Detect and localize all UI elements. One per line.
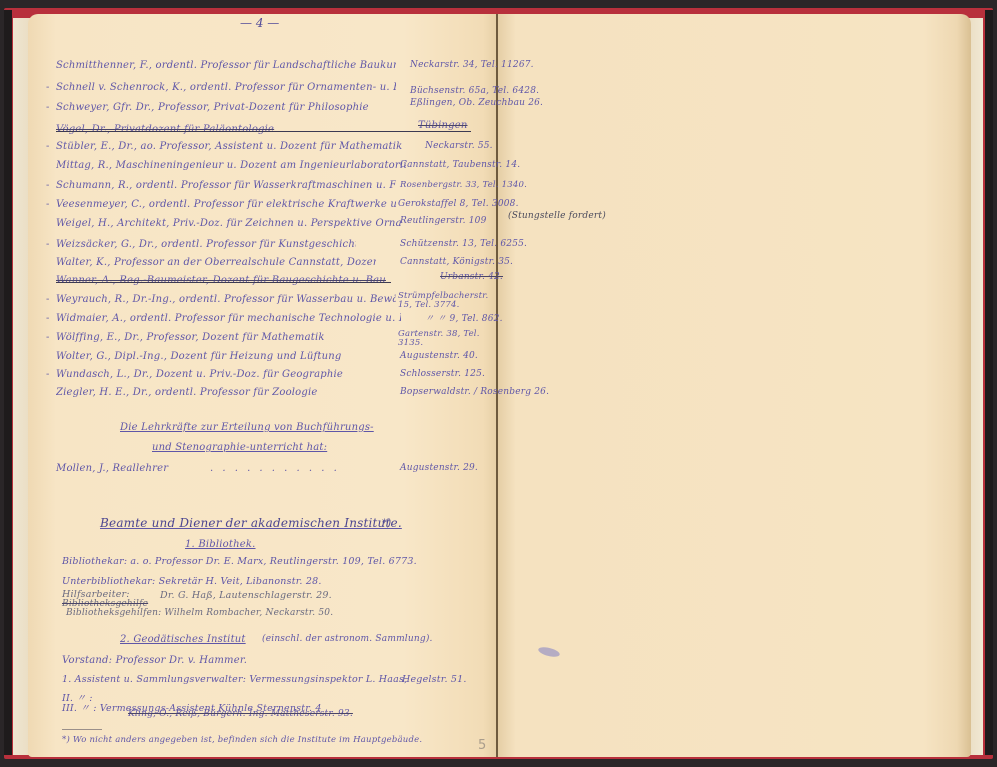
page-number-bottom: 5: [478, 738, 486, 753]
entry-name: Mollen, J., Reallehrer: [56, 463, 168, 474]
staff-line: Unterbibliothekar: Sekretär H. Veit, Lib…: [62, 576, 322, 587]
page-number-top: — 4 —: [240, 16, 279, 30]
staff-line: Bibliotheksgehilfen: Wilhelm Rombacher, …: [66, 608, 333, 618]
dash-mark: -: [46, 369, 49, 380]
entry-address: Gerokstaffel 8, Tel. 3008.: [398, 199, 519, 209]
footnote: *) Wo nicht anders angegeben ist, befind…: [62, 735, 422, 745]
book-spine-edge-left: [4, 10, 12, 755]
dash-mark: -: [46, 294, 49, 305]
dash-mark: -: [46, 313, 49, 324]
entry-name: Wölffing, E., Dr., Professor, Dozent für…: [56, 332, 366, 343]
entry-address: Büchsenstr. 65a, Tel. 6428.: [410, 86, 539, 96]
entry-name: Schnell v. Schenrock, K., ordentl. Profe…: [56, 82, 396, 93]
entry-address: Augustenstr. 29.: [400, 463, 478, 473]
entry-address-struck: Tübingen: [418, 120, 468, 131]
right-page: [497, 14, 971, 757]
subsection-note: (einschl. der astronom. Sammlung).: [262, 634, 433, 644]
subsection-title: 2. Geodätisches Institut: [120, 634, 246, 645]
entry-name: Ziegler, H. E., Dr., ordentl. Professor …: [56, 387, 346, 398]
section-heading: Beamte und Diener der akademischen Insti…: [100, 516, 402, 530]
section-heading-line2: und Stenographie-unterricht hat:: [152, 442, 327, 453]
entry-name: Veesenmeyer, C., ordentl. Professor für …: [56, 199, 396, 210]
margin-annotation: (Stungstelle fordert): [508, 211, 606, 221]
entry-address: Eßlingen, Ob. Zeuchbau 26.: [410, 98, 543, 108]
entry-name: Schumann, R., ordentl. Professor für Was…: [56, 180, 396, 191]
entry-name: Schmitthenner, F., ordentl. Professor fü…: [56, 60, 396, 71]
book-spine-edge-right: [985, 10, 993, 755]
entry-address: Reutlingerstr. 109: [400, 216, 487, 226]
entry-address: Augustenstr. 40.: [400, 351, 478, 361]
staff-address: Hegelstr. 51.: [402, 674, 467, 685]
entry-name: Wolter, G., Dipl.-Ing., Dozent für Heizu…: [56, 351, 356, 362]
entry-name-struck: Vögel, Dr., Privatdozent für Paläontolog…: [56, 124, 336, 135]
staff-line-struck: Kling, O., Reiß, Bürgerh.-Ing. Mattheser…: [128, 709, 353, 719]
entry-name: Weigel, H., Architekt, Priv.-Doz. für Ze…: [56, 218, 401, 229]
staff-line: 1. Assistent u. Sammlungsverwalter: Verm…: [62, 674, 407, 685]
dash-mark: -: [46, 239, 49, 250]
entry-address: Rosenbergstr. 33, Tel. 1340.: [400, 180, 527, 190]
entry-name: Weyrauch, R., Dr.-Ing., ordentl. Profess…: [56, 294, 396, 305]
staff-line: Dr. G. Haß, Lautenschlagerstr. 29.: [160, 590, 332, 601]
entry-address: Cannstatt, Taubenstr. 14.: [400, 160, 520, 170]
section-heading-line1: Die Lehrkräfte zur Erteilung von Buchfüh…: [120, 422, 374, 433]
book-gutter: [496, 14, 498, 757]
entry-address: Bopserwaldstr. / Rosenberg 26.: [400, 387, 549, 397]
entry-name: Schweyer, Gfr. Dr., Professor, Privat-Do…: [56, 102, 396, 113]
dash-mark: -: [46, 332, 49, 343]
dash-mark: -: [46, 82, 49, 93]
footnote-marker: *): [382, 518, 391, 529]
entry-name: Stübler, E., Dr., ao. Professor, Assiste…: [56, 141, 406, 152]
dash-mark: -: [46, 180, 49, 191]
entry-name: Weizsäcker, G., Dr., ordentl. Professor …: [56, 239, 356, 250]
staff-line: Vorstand: Professor Dr. v. Hammer.: [62, 655, 247, 666]
entry-address: Strümpfelbacherstr. 15, Tel. 3774.: [398, 292, 484, 310]
entry-address: 〃 〃 9, Tel. 862.: [425, 311, 503, 324]
strike-through-line: [56, 131, 471, 132]
entry-address: Neckarstr. 55.: [425, 141, 493, 151]
leader-dots: . . . . . . . . . . .: [210, 463, 340, 474]
entry-name-struck: Wanner, A., Reg.-Baumeister, Dozent für …: [56, 275, 386, 286]
dash-mark: -: [46, 141, 49, 152]
entry-name: Widmaier, A., ordentl. Professor für mec…: [56, 313, 401, 324]
dash-mark: -: [46, 199, 49, 210]
strike-through-line: [56, 282, 391, 283]
entry-address: Neckarstr. 34, Tel. 11267.: [410, 60, 534, 70]
entry-address-struck: Urbanstr. 42.: [440, 272, 503, 282]
entry-name: Mittag, R., Maschineningenieur u. Dozent…: [56, 160, 406, 171]
subsection-title: 1. Bibliothek.: [185, 539, 256, 550]
entry-name: Walter, K., Professor an der Oberrealsch…: [56, 257, 376, 268]
staff-line: Bibliothekar: a. o. Professor Dr. E. Mar…: [62, 556, 417, 567]
footnote-rule: [62, 729, 102, 730]
entry-address: Schützenstr. 13, Tel. 6255.: [400, 239, 527, 249]
entry-address: Gartenstr. 38, Tel. 3135.: [398, 330, 484, 348]
entry-address: Cannstatt, Königstr. 35.: [400, 257, 513, 267]
entry-address: Schlosserstr. 125.: [400, 369, 485, 379]
dash-mark: -: [46, 102, 49, 113]
entry-name: Wundasch, L., Dr., Dozent u. Priv.-Doz. …: [56, 369, 356, 380]
